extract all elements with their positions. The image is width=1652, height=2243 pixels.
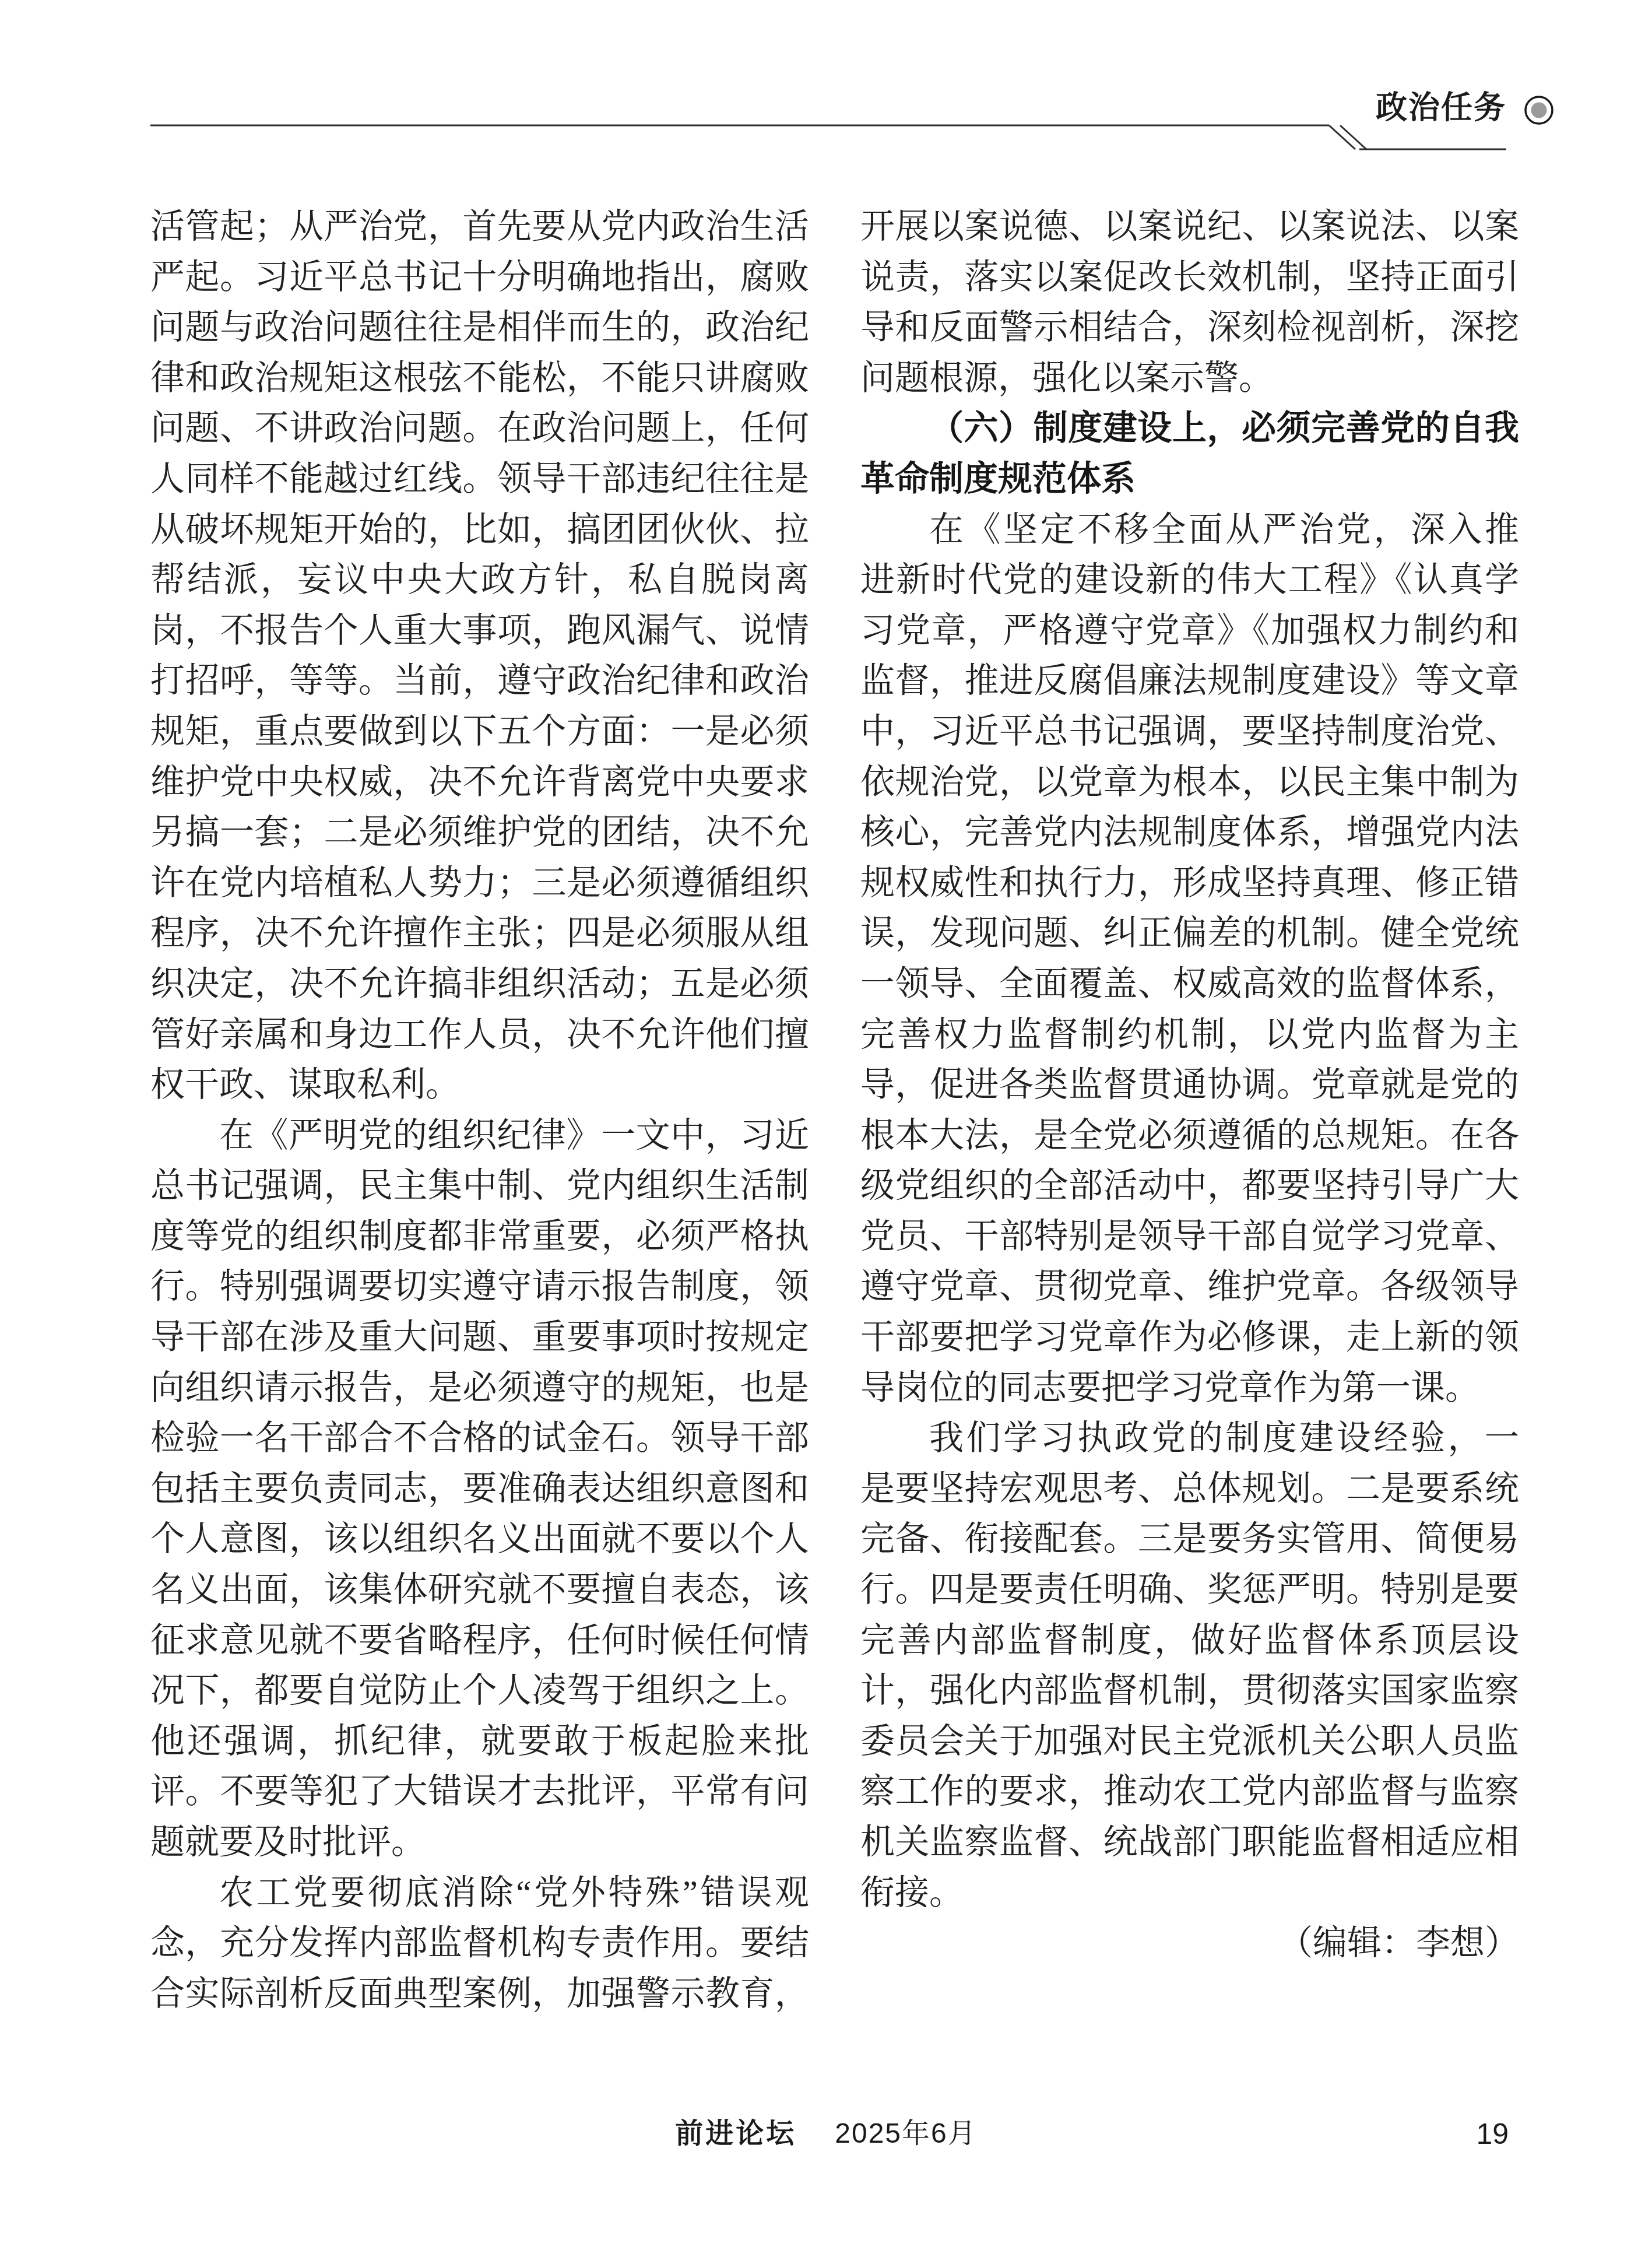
text-line: 从破坏规矩开始的，比如，搞团团伙伙、拉 [150, 504, 809, 555]
text-line: 农工党要彻底消除“党外特殊”错误观 [150, 1868, 809, 1918]
text-line: 规矩，重点要做到以下五个方面：一是必须 [150, 706, 809, 757]
text-line: 岗，不报告个人重大事项，跑风漏气、说情 [150, 605, 809, 656]
issue-date: 2025年6月 [835, 2118, 976, 2149]
text-line: 问题、不讲政治问题。在政治问题上，任何 [150, 403, 809, 454]
text-line: 中，习近平总书记强调，要坚持制度治党、 [860, 706, 1519, 757]
text-line: 干部要把学习党章作为必修课，走上新的领 [860, 1312, 1519, 1363]
text-line: 活管起；从严治党，首先要从党内政治生活 [150, 201, 809, 252]
text-line: 机关监察监督、统战部门职能监督相适应相 [860, 1817, 1519, 1868]
text-line: 权干政、谋取私利。 [150, 1059, 809, 1110]
text-line: 向组织请示报告，是必须遵守的规矩，也是 [150, 1363, 809, 1413]
text-line: 念，充分发挥内部监督机构专责作用。要结 [150, 1918, 809, 1968]
text-line: 在《严明党的组织纪律》一文中，习近平 [150, 1110, 809, 1161]
text-line: 度等党的组织制度都非常重要，必须严格执 [150, 1211, 809, 1262]
text-line: 他还强调，抓纪律，就要敢于板起脸来批 [150, 1716, 809, 1767]
text-line: 打招呼，等等。当前，遵守政治纪律和政治 [150, 655, 809, 706]
page-footer: 前进论坛2025年6月 19 [0, 2115, 1652, 2162]
text-line: 许在党内培植私人势力；三是必须遵循组织 [150, 858, 809, 908]
text-line: 总书记强调，民主集中制、党内组织生活制 [150, 1160, 809, 1211]
section-marker-circle-icon [1526, 97, 1552, 124]
text-line: 问题与政治问题往往是相伴而生的，政治纪 [150, 302, 809, 353]
text-line: 衔接。 [860, 1868, 1519, 1918]
text-line: 完善内部监督制度，做好监督体系顶层设 [860, 1615, 1519, 1666]
text-line: 导岗位的同志要把学习党章作为第一课。 [860, 1363, 1519, 1413]
text-line: 评。不要等犯了大错误才去批评，平常有问 [150, 1766, 809, 1817]
text-line: 个人意图，该以组织名义出面就不要以个人 [150, 1514, 809, 1564]
text-line: 题就要及时批评。 [150, 1817, 809, 1868]
text-line: 开展以案说德、以案说纪、以案说法、以案 [860, 201, 1519, 252]
text-line: 织决定，决不允许搞非组织活动；五是必须 [150, 959, 809, 1009]
text-line: 管好亲属和身边工作人员，决不允许他们擅 [150, 1009, 809, 1060]
text-line: 行。特别强调要切实遵守请示报告制度，领 [150, 1261, 809, 1312]
text-line: 况下，都要自觉防止个人凌驾于组织之上。 [150, 1665, 809, 1716]
footer-journal-line: 前进论坛2025年6月 [0, 2115, 1652, 2153]
text-line: 征求意见就不要省略程序，任何时候任何情 [150, 1615, 809, 1666]
text-line: 导干部在涉及重大问题、重要事项时按规定 [150, 1312, 809, 1363]
text-line: 程序，决不允许擅作主张；四是必须服从组 [150, 908, 809, 959]
text-line: 名义出面，该集体研究就不要擅自表态，该 [150, 1564, 809, 1615]
text-line: 进新时代党的建设新的伟大工程》《认真学 [860, 554, 1519, 605]
text-line: 完善权力监督制约机制，以党内监督为主 [860, 1009, 1519, 1060]
text-line: 革命制度规范体系 [860, 454, 1519, 504]
section-title: 政治任务 [1373, 89, 1509, 127]
text-line: 另搞一套；二是必须维护党的团结，决不允 [150, 807, 809, 858]
text-line: 我们学习执政党的制度建设经验，一 [860, 1413, 1519, 1463]
text-line: 说责，落实以案促改长效机制，坚持正面引 [860, 252, 1519, 303]
text-line: 计，强化内部监督机制，贯彻落实国家监察 [860, 1665, 1519, 1716]
text-line: 严起。习近平总书记十分明确地指出，腐败 [150, 252, 809, 303]
text-line: 律和政治规矩这根弦不能松，不能只讲腐败 [150, 353, 809, 403]
text-line: 合实际剖析反面典型案例，加强警示教育， [150, 1968, 809, 2019]
text-line: 包括主要负责同志，要准确表达组织意图和 [150, 1463, 809, 1514]
text-line: 完备、衔接配套。三是要务实管用、简便易 [860, 1514, 1519, 1564]
text-line: 问题根源，强化以案示警。 [860, 353, 1519, 403]
text-line: 根本大法，是全党必须遵循的总规矩。在各 [860, 1110, 1519, 1161]
text-line: 维护党中央权威，决不允许背离党中央要求 [150, 757, 809, 808]
text-line: 级党组织的全部活动中，都要坚持引导广大 [860, 1160, 1519, 1211]
text-line: 党员、干部特别是领导干部自觉学习党章、 [860, 1211, 1519, 1262]
text-line: 误，发现问题、纠正偏差的机制。健全党统 [860, 908, 1519, 959]
text-line: 人同样不能越过红线。领导干部违纪往往是 [150, 454, 809, 504]
magazine-page: 政治任务 活管起；从严治党，首先要从党内政治生活严起。习近平总书记十分明确地指出… [0, 0, 1652, 2243]
text-line: 一领导、全面覆盖、权威高效的监督体系， [860, 959, 1519, 1009]
text-line: 遵守党章、贯彻党章、维护党章。各级领导 [860, 1261, 1519, 1312]
text-line: 委员会关于加强对民主党派机关公职人员监 [860, 1716, 1519, 1767]
text-line: 依规治党，以党章为根本，以民主集中制为 [860, 757, 1519, 808]
right-text-column: 开展以案说德、以案说纪、以案说法、以案说责，落实以案促改长效机制，坚持正面引导和… [860, 201, 1519, 1968]
left-text-column: 活管起；从严治党，首先要从党内政治生活严起。习近平总书记十分明确地指出，腐败问题… [150, 201, 809, 2019]
text-line: 监督，推进反腐倡廉法规制度建设》等文章 [860, 655, 1519, 706]
text-line: 导，促进各类监督贯通协调。党章就是党的 [860, 1059, 1519, 1110]
text-line: 是要坚持宏观思考、总体规划。二是要系统 [860, 1463, 1519, 1514]
text-line: （六）制度建设上，必须完善党的自我 [860, 403, 1519, 454]
text-line: 导和反面警示相结合，深刻检视剖析，深挖 [860, 302, 1519, 353]
text-line: （编辑：李想） [860, 1918, 1519, 1968]
text-line: 检验一名干部合不合格的试金石。领导干部 [150, 1413, 809, 1463]
text-line: 核心，完善党内法规制度体系，增强党内法 [860, 807, 1519, 858]
text-line: 帮结派，妄议中央大政方针，私自脱岗离 [150, 554, 809, 605]
text-line: 察工作的要求，推动农工党内部监督与监察 [860, 1766, 1519, 1817]
text-line: 在《坚定不移全面从严治党，深入推 [860, 504, 1519, 555]
page-number: 19 [1476, 2115, 1509, 2153]
text-line: 习党章，严格遵守党章》《加强权力制约和 [860, 605, 1519, 656]
text-line: 规权威性和执行力，形成坚持真理、修正错 [860, 858, 1519, 908]
text-line: 行。四是要责任明确、奖惩严明。特别是要 [860, 1564, 1519, 1615]
journal-name: 前进论坛 [675, 2118, 796, 2149]
